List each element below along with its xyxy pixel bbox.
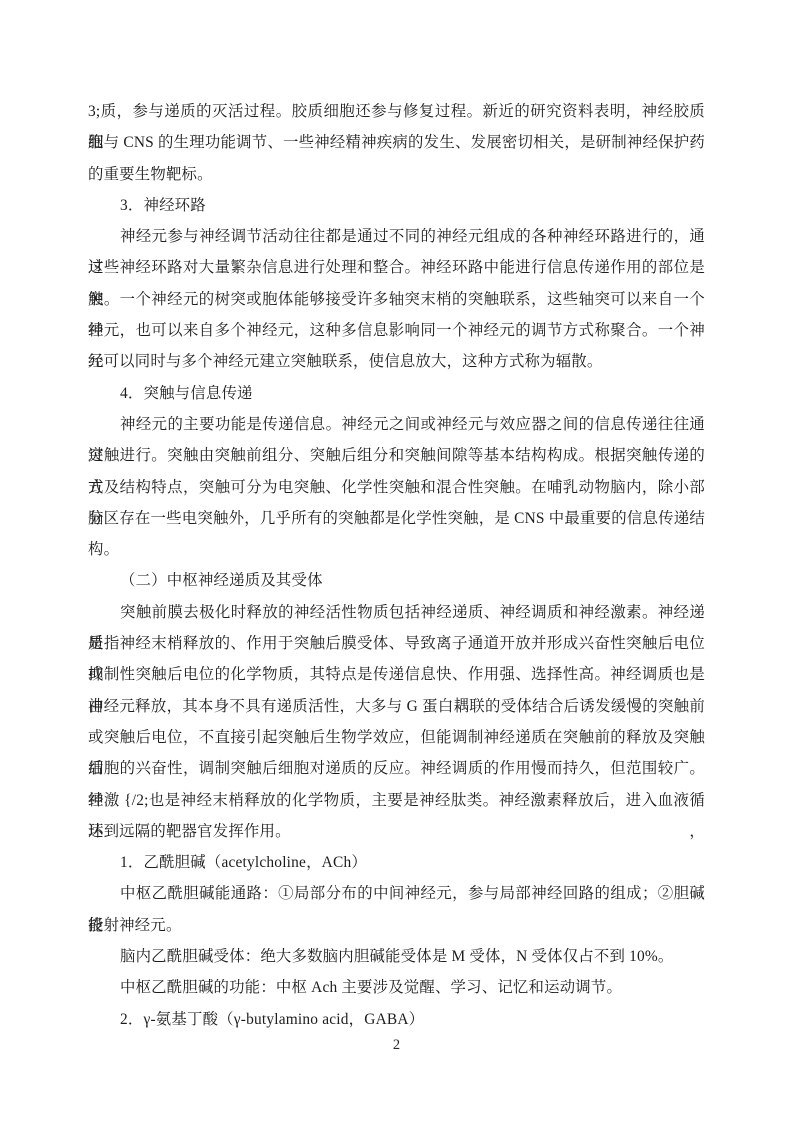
document-page: 3;质，参与递质的灭活过程。胶质细胞还参与修复过程。新近的研究资料表明，神经胶质… (0, 0, 793, 1122)
text-line: 突触前膜去极化时释放的神经活性物质包括神经递质、神经调质和神经激素。神经递质 (88, 597, 705, 628)
text-line: 抑制性突触后电位的化学物质，其特点是传递信息快、作用强、选择性高。神经调质也是由 (88, 659, 705, 690)
text-line: 触。一个神经元的树突或胞体能够接受许多轴突末梢的突触联系，这些轴突可以来自一个神 (88, 284, 705, 315)
text-line: 元可以同时与多个神经元建立突触联系，使信息放大，这种方式称为辐散。 (88, 346, 705, 377)
text-line: 经激 {/2;也是神经末梢释放的化学物质，主要是神经肽类。神经激素释放后，进入血… (88, 785, 705, 816)
text-line: 是指神经末梢释放的、作用于突触后膜受体、导致离子通道开放并形成兴奋性突触后电位或 (88, 628, 705, 659)
text-line: 突触进行。突触由突触前组分、突触后组分和突触间隙等基本结构构成。根据突触传递的方 (88, 440, 705, 471)
heading-line: （二）中枢神经递质及其受体 (88, 565, 705, 596)
text-line: 式及结构特点，突触可分为电突触、化学性突触和混合性突触。在哺乳动物脑内，除小部分 (88, 472, 705, 503)
text-line: 胞与 CNS 的生理功能调节、一些神经精神疾病的发生、发展密切相关，是研制神经保… (88, 127, 705, 158)
text-line: 中枢乙酰胆碱的功能：中枢 Ach 主要涉及觉醒、学习、记忆和运动调节。 (88, 972, 705, 1003)
text-line: 构。 (88, 534, 705, 565)
page-number: 2 (0, 1035, 793, 1055)
text-line: 的重要生物靶标。 (88, 159, 705, 190)
heading-line: 2．γ-氨基丁酸（γ-butylamino acid，GABA） (88, 1004, 705, 1035)
text-line: 3;质，参与递质的灭活过程。胶质细胞还参与修复过程。新近的研究资料表明，神经胶质… (88, 96, 705, 127)
text-line: 神经元的主要功能是传递信息。神经元之间或神经元与效应器之间的信息传递往往通过 (88, 409, 705, 440)
text-line: 细胞的兴奋性，调制突触后细胞对递质的反应。神经调质的作用慢而持久，但范围较广。神 (88, 753, 705, 784)
text-line: 这些神经环路对大量繁杂信息进行处理和整合。神经环路中能进行信息传递作用的部位是突 (88, 252, 705, 283)
heading-line: 4．突触与信息传递 (88, 378, 705, 409)
text-line: 投射神经元。 (88, 910, 705, 941)
text-line: 经元，也可以来自多个神经元，这种多信息影响同一个神经元的调节方式称聚合。一个神经 (88, 315, 705, 346)
text-line: 中枢乙酰胆碱能通路：①局部分布的中间神经元，参与局部神经回路的组成；②胆碱能 (88, 878, 705, 909)
heading-line: 3．神经环路 (88, 190, 705, 221)
text-line: 脑区存在一些电突触外，几乎所有的突触都是化学性突触，是 CNS 中最重要的信息传… (88, 503, 705, 534)
heading-line: 1．乙酰胆碱（acetylcholine，ACh） (88, 847, 705, 878)
text-line: 神经元参与神经调节活动往往都是通过不同的神经元组成的各种神经环路进行的，通过 (88, 221, 705, 252)
text-line: 脑内乙酰胆碱受体：绝大多数脑内胆碱能受体是 M 受体，N 受体仅占不到 10%。 (88, 941, 705, 972)
text-line: 或突触后电位，不直接引起突触后生物学效应，但能调制神经递质在突触前的释放及突触后 (88, 722, 705, 753)
text-line: 神经元释放，其本身不具有递质活性，大多与 G 蛋白耦联的受体结合后诱发缓慢的突触… (88, 691, 705, 722)
document-body: 3;质，参与递质的灭活过程。胶质细胞还参与修复过程。新近的研究资料表明，神经胶质… (88, 96, 705, 1035)
